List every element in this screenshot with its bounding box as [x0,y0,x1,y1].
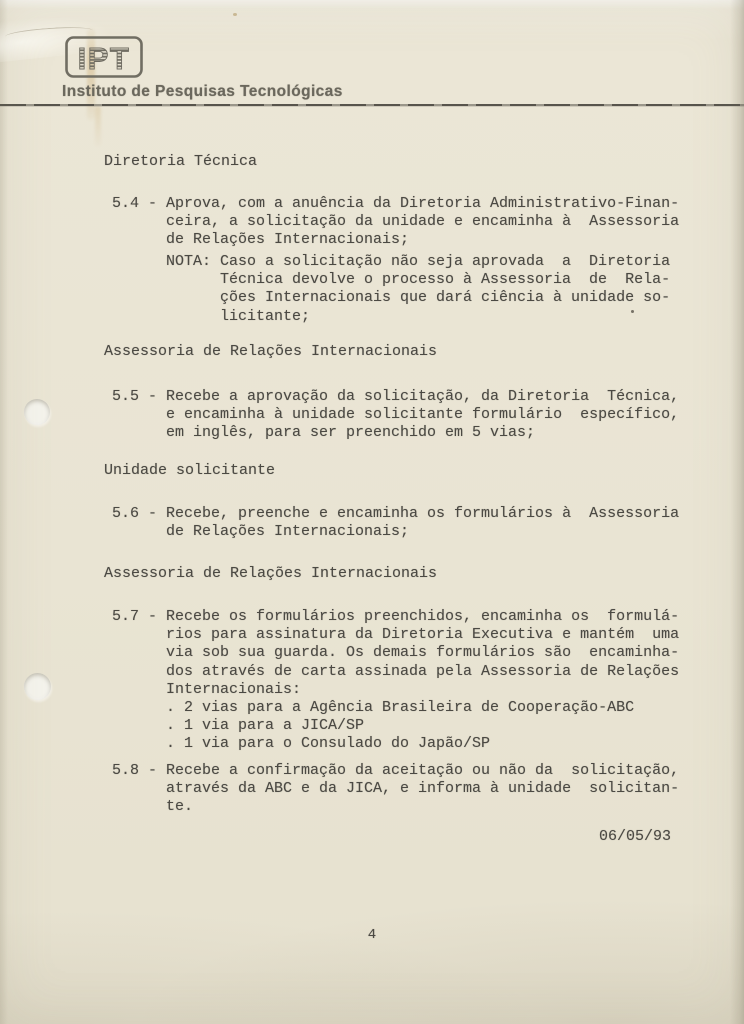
item-line: Aprova, com a anuência da Diretoria Admi… [166,195,679,213]
section-heading-diretoria-tecnica: Diretoria Técnica [104,153,257,171]
item-line: de Relações Internacionais; [166,231,679,249]
item-line: de Relações Internacionais; [166,523,679,541]
procedure-item-5-6: 5.6 - Recebe, preenche e encaminha os fo… [112,505,679,541]
bullet-list: . 2 vias para a Agência Brasileira de Co… [166,699,634,754]
item-line: rios para assinatura da Diretoria Execut… [166,626,679,644]
item-number: 5.4 - [112,195,157,213]
bullet-line: . 1 via para o Consulado do Japão/SP [166,735,634,753]
procedure-item-5-5: 5.5 - Recebe a aprovação da solicitação,… [112,388,679,443]
section-heading-assessoria-1: Assessoria de Relações Internacionais [104,343,437,361]
item-line: e encaminha à unidade solicitante formul… [166,406,679,424]
punch-hole-top [24,399,50,425]
item-line: Internacionais: [166,681,679,699]
punch-hole-bottom [24,673,51,700]
item-line: Recebe a aprovação da solicitação, da Di… [166,388,679,406]
item-line: via sob sua guarda. Os demais formulário… [166,644,679,662]
item-line: Recebe a confirmação da aceitação ou não… [166,762,679,780]
item-line: através da ABC e da JICA, e informa à un… [166,780,679,798]
item-line: em inglês, para ser preenchido em 5 vias… [166,424,679,442]
date-stamp: 06/05/93 [599,828,671,846]
item-number: 5.7 - [112,608,157,626]
nota-label: NOTA: [166,253,211,271]
item-line: Recebe os formulários preenchidos, encam… [166,608,679,626]
nota-line: ções Internacionais que dará ciência à u… [220,289,670,307]
procedure-item-5-8: 5.8 - Recebe a confirmação da aceitação … [112,762,679,817]
bullet-line: . 1 via para a JICA/SP [166,717,634,735]
ipt-logo: IPT [65,36,143,78]
page-number: 4 [0,926,744,944]
stain-streak-lower [95,106,101,146]
stain-speck [233,13,237,16]
item-line: te. [166,798,679,816]
logo-text: IPT [78,41,131,76]
item-number: 5.6 - [112,505,157,523]
item-line: dos através de carta assinada pela Asses… [166,663,679,681]
letterhead-rule [0,104,744,106]
item-number: 5.5 - [112,388,157,406]
procedure-item-5-4: 5.4 - Aprova, com a anuência da Diretori… [112,195,679,250]
item-line: Recebe, preenche e encaminha os formulár… [166,505,679,523]
bullet-line: . 2 vias para a Agência Brasileira de Co… [166,699,634,717]
scan-edge-right [730,0,744,1024]
nota-block: NOTA: Caso a solicitação não seja aprova… [166,253,670,326]
nota-line: Caso a solicitação não seja aprovada a D… [220,253,670,271]
item-line: ceira, a solicitação da unidade e encami… [166,213,679,231]
scan-edge-left [0,0,8,1024]
procedure-item-5-7: 5.7 - Recebe os formulários preenchidos,… [112,608,679,699]
item-number: 5.8 - [112,762,157,780]
section-heading-assessoria-2: Assessoria de Relações Internacionais [104,565,437,583]
nota-line: licitante; [220,308,670,326]
scanned-document-page: IPT Instituto de Pesquisas Tecnológicas … [0,0,744,1024]
section-heading-unidade-solicitante: Unidade solicitante [104,462,275,480]
org-name: Instituto de Pesquisas Tecnológicas [62,83,343,101]
nota-line: Técnica devolve o processo à Assessoria … [220,271,670,289]
